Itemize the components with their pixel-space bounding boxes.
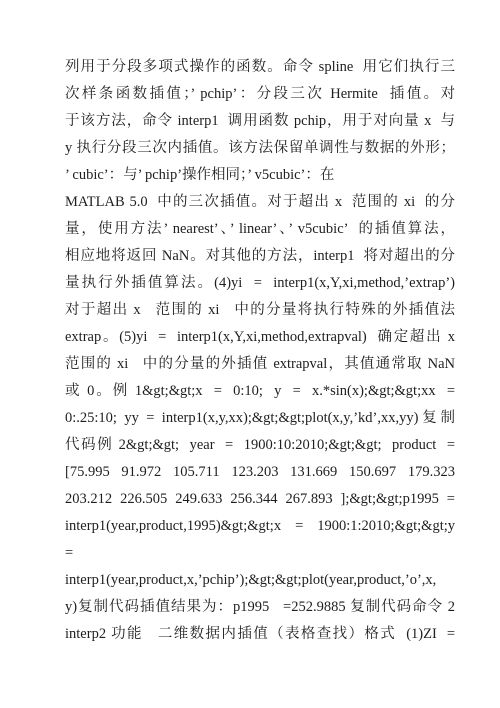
text-line: 量执行外插值算法。(4)yi = interp1(x,Y,xi,method,’… bbox=[65, 270, 455, 297]
text-line: 列用于分段多项式操作的函数。命令 spline 用它们执行三 bbox=[65, 54, 455, 81]
text-line: interp2 功能 二维数据内插值（表格查找）格式 (1)ZI = bbox=[65, 621, 455, 648]
text-line: 对于超出 x 范围的 xi 中的分量将执行特殊的外插值法 bbox=[65, 297, 455, 324]
text-line: 于该方法，命令 interp1 调用函数 pchip，用于对向量 x 与 bbox=[65, 108, 455, 135]
text-line: 量，使用方法’ nearest’、’ linear’、’ v5cubic’ 的插… bbox=[65, 216, 455, 243]
text-line: interp1(year,product,x,’pchip’);&gt;&gt;… bbox=[65, 567, 455, 594]
text-line: 相应地将返回 NaN。对其他的方法，interp1 将对超出的分 bbox=[65, 243, 455, 270]
text-line: 次样条函数插值；’ pchip’：分段三次 Hermite 插值。对 bbox=[65, 81, 455, 108]
document-page: 列用于分段多项式操作的函数。命令 spline 用它们执行三次样条函数插值；’ … bbox=[0, 0, 500, 708]
text-line: [75.995 91.972 105.711 123.203 131.669 1… bbox=[65, 459, 455, 486]
text-line: interp1(year,product,1995)&gt;&gt;x = 19… bbox=[65, 513, 455, 540]
text-line: 0:.25:10; yy = interp1(x,y,xx);&gt;&gt;p… bbox=[65, 405, 455, 432]
text-line: ’ cubic’：与’ pchip’操作相同；’ v5cubic’：在 bbox=[65, 162, 455, 189]
text-line: extrap。(5)yi = interp1(x,Y,xi,method,ext… bbox=[65, 324, 455, 351]
text-line: 范围的 xi 中的分量的外插值 extrapval，其值通常取 NaN bbox=[65, 351, 455, 378]
text-line: 或 0。例 1&gt;&gt;x = 0:10; y = x.*sin(x);&… bbox=[65, 378, 455, 405]
text-line: y 执行分段三次内插值。该方法保留单调性与数据的外形； bbox=[65, 135, 455, 162]
body-text: 列用于分段多项式操作的函数。命令 spline 用它们执行三次样条函数插值；’ … bbox=[65, 54, 455, 648]
text-line: y)复制代码插值结果为：p1995 =252.9885 复制代码命令 2 bbox=[65, 594, 455, 621]
text-line: MATLAB 5.0 中的三次插值。对于超出 x 范围的 xi 的分 bbox=[65, 189, 455, 216]
text-line: 代码例 2&gt;&gt; year = 1900:10:2010;&gt;&g… bbox=[65, 432, 455, 459]
text-line: 203.212 226.505 249.633 256.344 267.893 … bbox=[65, 486, 455, 513]
text-line: = bbox=[65, 540, 455, 567]
